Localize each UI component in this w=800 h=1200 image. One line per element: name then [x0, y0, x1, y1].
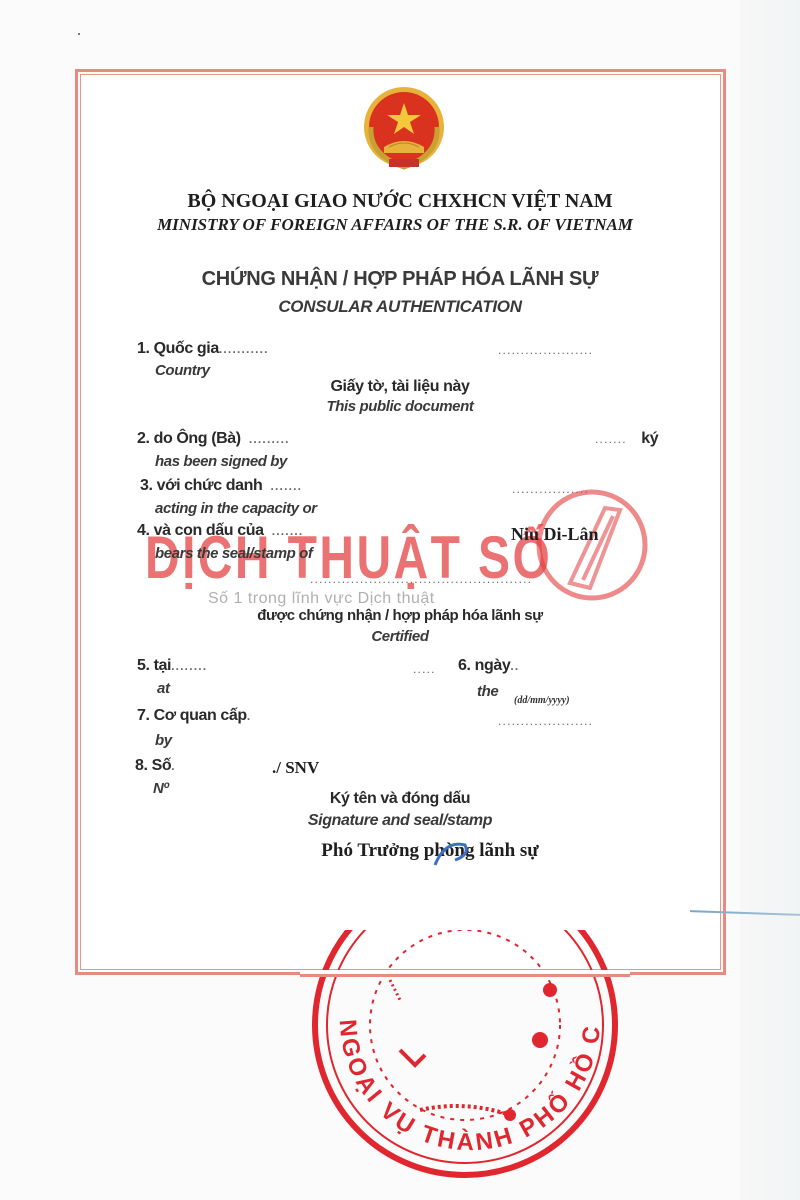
page-edge-shadow	[740, 0, 800, 1200]
signed-by-suffix: ....... ký	[595, 430, 658, 448]
signed-by-value-field[interactable]: .......	[595, 432, 627, 446]
seal-of-label-vi: 4. và con dấu của	[137, 522, 264, 539]
watermark-logo-icon	[535, 488, 650, 603]
signed-by-label: 2. do Ông (Bà) .........	[137, 430, 290, 448]
issued-by-label: 7. Cơ quan cấp.	[137, 707, 251, 725]
country-value-field[interactable]: .....................	[498, 343, 593, 357]
signed-by-dots: .........	[249, 432, 290, 446]
document-title-en: CONSULAR AUTHENTICATION	[0, 297, 800, 317]
number-label-vi: 8. Số	[135, 757, 171, 774]
signatory-title: Phó Trưởng phòng lãnh sự	[30, 840, 800, 862]
at-label-vi: 5. tại	[137, 657, 171, 674]
number-label: 8. Số.	[135, 757, 176, 775]
country-label-vi: 1. Quốc gia	[137, 340, 219, 357]
date-label: 6. ngày..	[458, 657, 519, 675]
capacity-label-vi: 3. với chức danh	[140, 477, 262, 494]
document-heading-vi: Giấy tờ, tài liệu này	[0, 378, 800, 396]
signature-heading-en: Signature and seal/stamp	[0, 812, 800, 830]
signed-by-label-en: has been signed by	[155, 453, 287, 470]
document-heading-en: This public document	[0, 398, 800, 415]
watermark-subtitle: Số 1 trong lĩnh vực Dịch thuật	[208, 590, 435, 608]
document-title-vi: CHỨNG NHẬN / HỢP PHÁP HÓA LÃNH SỰ	[0, 268, 800, 291]
country-dots: ...........	[219, 342, 269, 356]
stamp-text: NGOẠI VỤ THÀNH PHỐ HỒ CHÍ MINH	[300, 930, 606, 1156]
ministry-name-en: MINISTRY OF FOREIGN AFFAIRS OF THE S.R. …	[0, 215, 790, 235]
svg-text:NGOẠI VỤ THÀNH PHỐ HỒ CHÍ MINH: NGOẠI VỤ THÀNH PHỐ HỒ CHÍ MINH	[300, 930, 606, 1156]
at-label: 5. tại........	[137, 657, 207, 675]
certified-heading-vi: được chứng nhận / hợp pháp hóa lãnh sự	[0, 607, 800, 624]
issued-by-label-vi: 7. Cơ quan cấp	[137, 707, 247, 724]
number-value-field[interactable]: .	[171, 759, 176, 773]
seal-of-label: 4. và con dấu của .......	[137, 522, 303, 540]
date-format-hint: (dd/mm/yyyy)	[514, 695, 570, 706]
scan-speck	[78, 33, 80, 35]
seal-of-dots: .......	[272, 524, 304, 538]
official-stamp-icon: NGOẠI VỤ THÀNH PHỐ HỒ CHÍ MINH	[300, 930, 630, 1200]
seal-of-continuation-field[interactable]: ........................................…	[310, 572, 532, 586]
date-value-field[interactable]: ..	[510, 659, 519, 673]
capacity-label: 3. với chức danh .......	[140, 477, 302, 495]
number-suffix: ./ SNV	[272, 758, 319, 778]
certified-heading-en: Certified	[0, 628, 800, 645]
signed-by-suffix-vi: ký	[641, 430, 658, 447]
capacity-dots: .......	[270, 479, 302, 493]
at-label-en: at	[157, 680, 170, 697]
signature-stroke-icon	[425, 835, 475, 875]
at-value-field[interactable]: ........	[171, 659, 207, 673]
at-dots-tail: .....	[413, 662, 436, 676]
capacity-label-en: acting in the capacity or	[155, 500, 317, 517]
signature-heading-vi: Ký tên và đóng dấu	[0, 790, 800, 808]
national-emblem-icon	[359, 85, 449, 175]
seal-of-label-en: bears the seal/stamp of	[155, 545, 313, 562]
ministry-name-vi: BỘ NGOẠI GIAO NƯỚC CHXHCN VIỆT NAM	[0, 190, 800, 213]
issued-by-value-field[interactable]: .....................	[498, 714, 593, 728]
country-label: 1. Quốc gia...........	[137, 340, 269, 358]
issued-by-label-en: by	[155, 732, 172, 749]
date-label-vi: 6. ngày	[458, 657, 510, 674]
issued-by-dots: .	[247, 709, 252, 723]
seal-of-value: Niu Di-Lân	[511, 524, 599, 545]
date-label-en: the	[477, 683, 498, 700]
signed-by-label-vi: 2. do Ông (Bà)	[137, 430, 241, 447]
country-label-en: Country	[155, 362, 210, 379]
